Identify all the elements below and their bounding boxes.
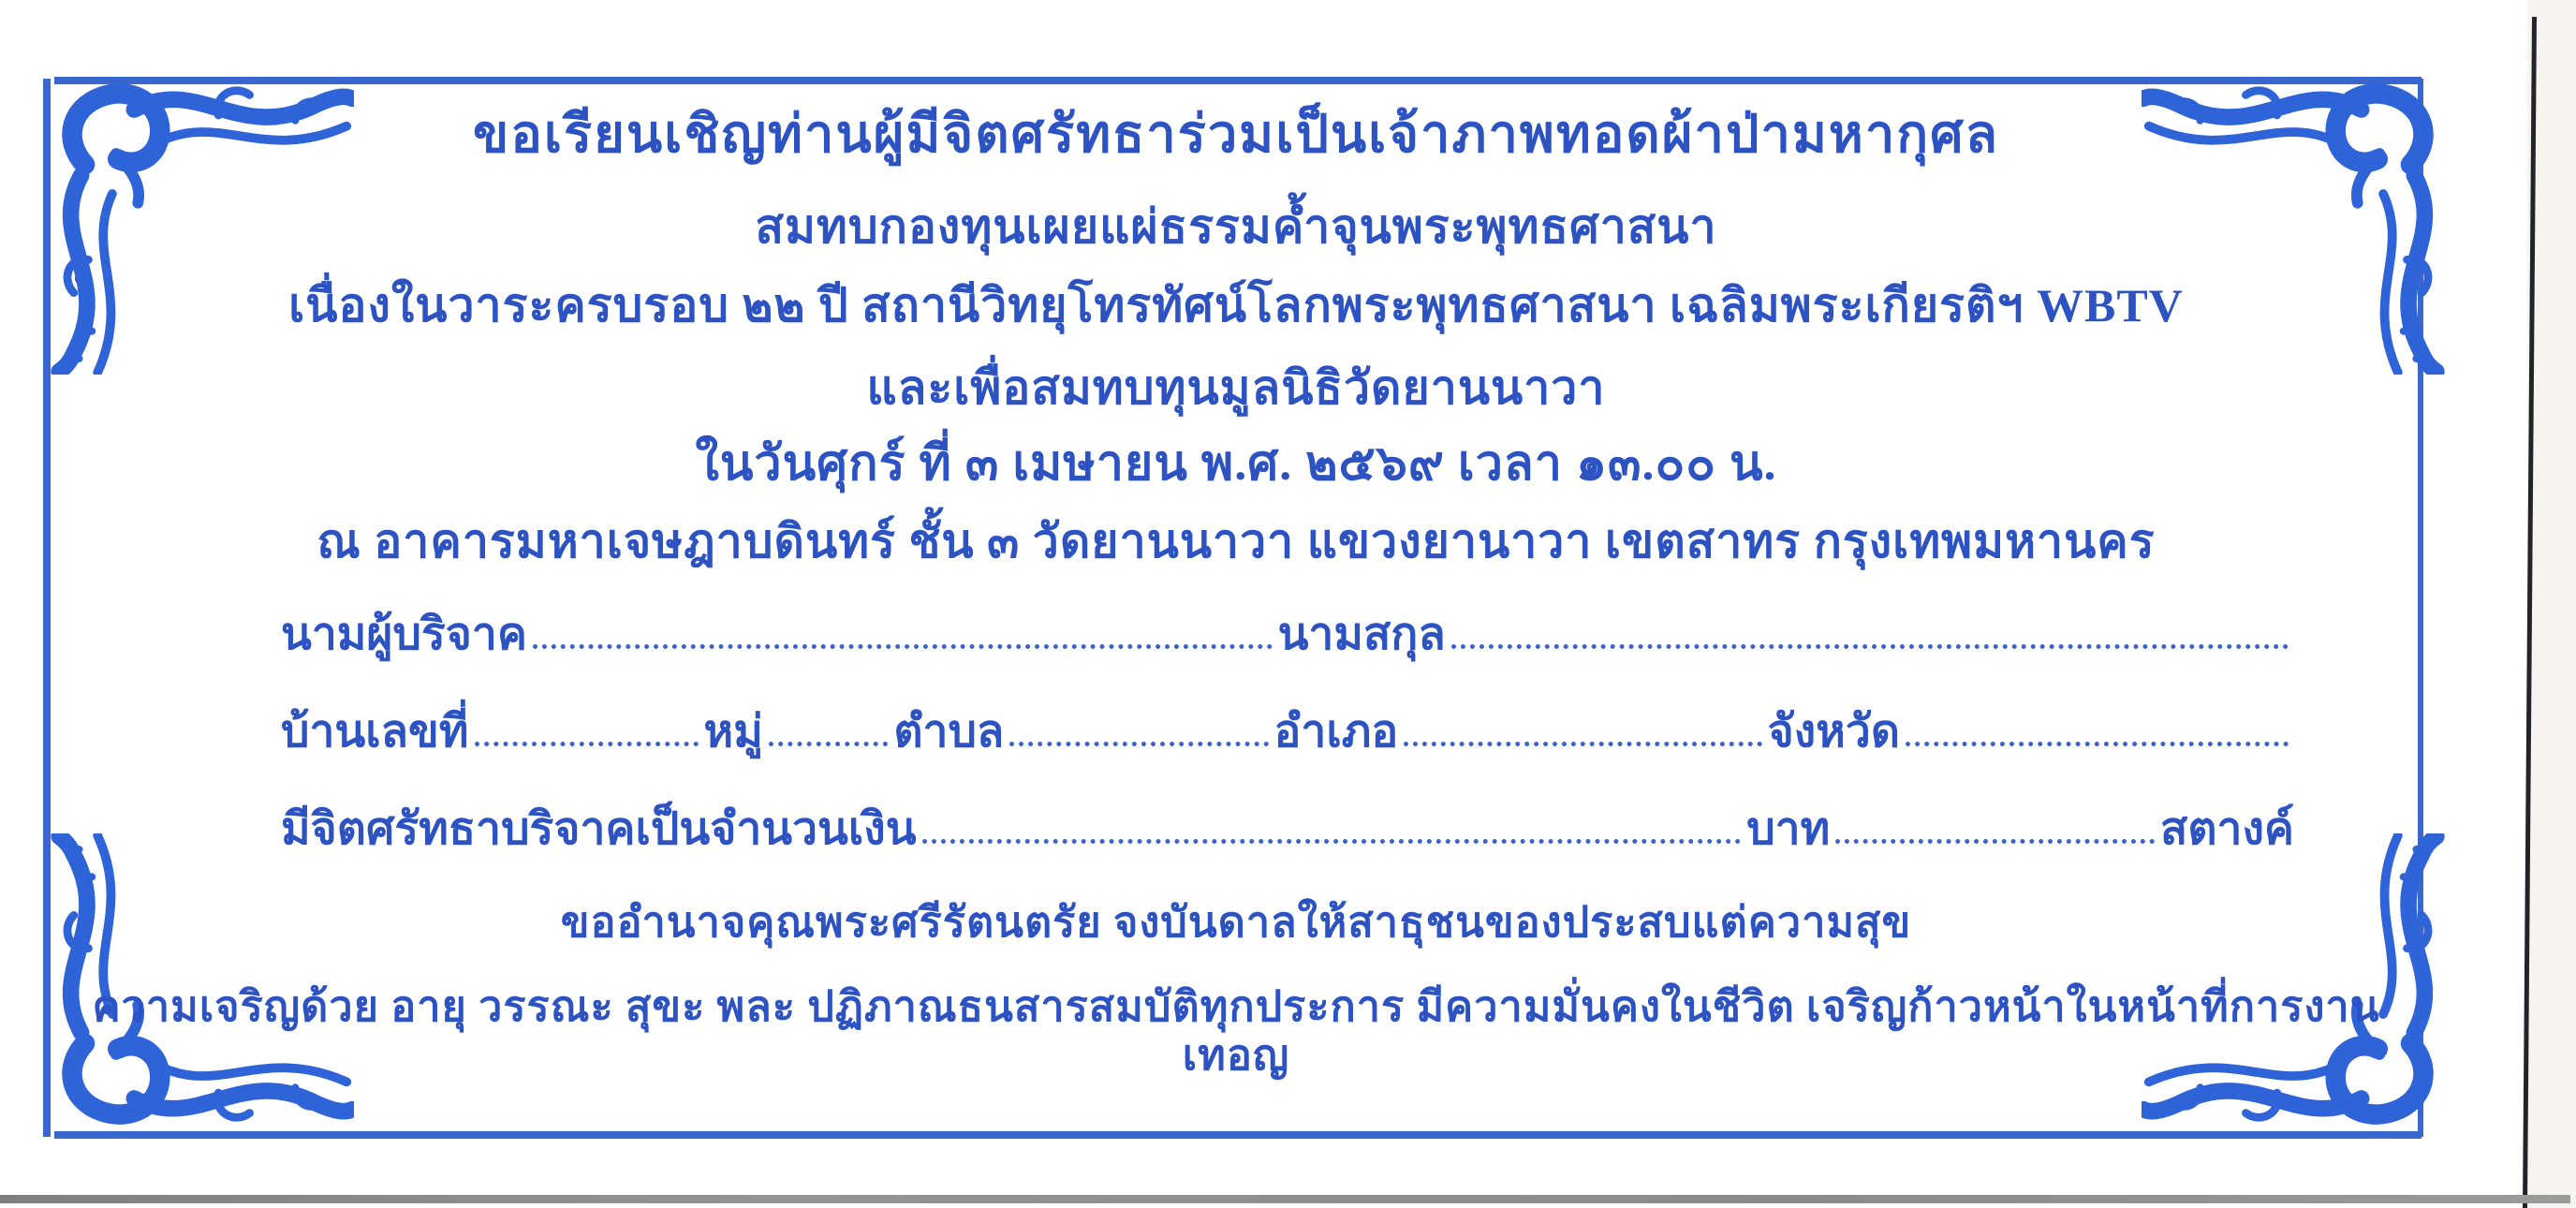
surname-dotted-field <box>1451 644 2289 649</box>
blessing-line-2: ความเจริญด้วย อายุ วรรณะ สุขะ พละ ปฏิภาณ… <box>84 983 2388 1081</box>
amphoe-label: อำเภอ <box>1274 708 1399 758</box>
donor-name-label: นามผู้บริจาค <box>281 611 527 660</box>
house-no-dotted-field <box>475 742 699 746</box>
moo-label: หมู่ <box>704 708 763 758</box>
invitation-foundation-line: และเพื่อสมทบทุนมูลนิธิวัดยานนาวา <box>112 361 2360 416</box>
form-row-amount: มีจิตศรัทธาบริจาคเป็นจำนวนเงิน บาท สตางค… <box>281 805 2294 855</box>
form-row-name: นามผู้บริจาค นามสกุล <box>281 611 2294 660</box>
blessing-line-1: ขออำนาจคุณพระศรีรัตนตรัย จงบันดาลให้สาธุ… <box>112 899 2360 948</box>
donor-name-dotted-field <box>533 644 1273 649</box>
satang-label: สตางค์ <box>2160 805 2294 855</box>
paper-edge-line-bottom <box>0 1195 2570 1203</box>
invitation-venue-line: ณ อาคารมหาเจษฎาบดินทร์ ชั้น ๓ วัดยานนาวา… <box>112 515 2360 569</box>
surname-label: นามสกุล <box>1278 611 1446 660</box>
tambon-dotted-field <box>1009 742 1268 746</box>
satang-amount-dotted-field <box>1835 839 2155 844</box>
frame-border-bottom <box>54 1131 2421 1139</box>
scanned-invitation-card: ขอเรียนเชิญท่านผู้มีจิตศรัทธาร่วมเป็นเจ้… <box>0 0 2576 1208</box>
invitation-title-line: ขอเรียนเชิญท่านผู้มีจิตศรัทธาร่วมเป็นเจ้… <box>112 105 2360 165</box>
frame-border-top <box>54 77 2421 84</box>
house-no-label: บ้านเลขที่ <box>281 708 469 758</box>
tambon-label: ตำบล <box>893 708 1004 758</box>
moo-dotted-field <box>769 742 888 746</box>
invitation-purpose-line: สมทบกองทุนเผยแผ่ธรรมค้ำจุนพระพุทธศาสนา <box>112 200 2360 255</box>
amount-dotted-field <box>922 839 1742 844</box>
invitation-occasion-line: เนื่องในวาระครบรอบ ๒๒ ปี สถานีวิทยุโทรทั… <box>112 279 2360 333</box>
baht-label: บาท <box>1746 805 1830 855</box>
province-dotted-field <box>1906 742 2289 746</box>
amount-label: มีจิตศรัทธาบริจาคเป็นจำนวนเงิน <box>281 805 917 855</box>
form-row-address: บ้านเลขที่ หมู่ ตำบล อำเภอ จังหวัด <box>281 708 2294 758</box>
invitation-date-time-line: ในวันศุกร์ ที่ ๓ เมษายน พ.ศ. ๒๕๖๙ เวลา ๑… <box>112 436 2360 493</box>
amphoe-dotted-field <box>1404 742 1761 746</box>
province-label: จังหวัด <box>1768 708 1900 758</box>
